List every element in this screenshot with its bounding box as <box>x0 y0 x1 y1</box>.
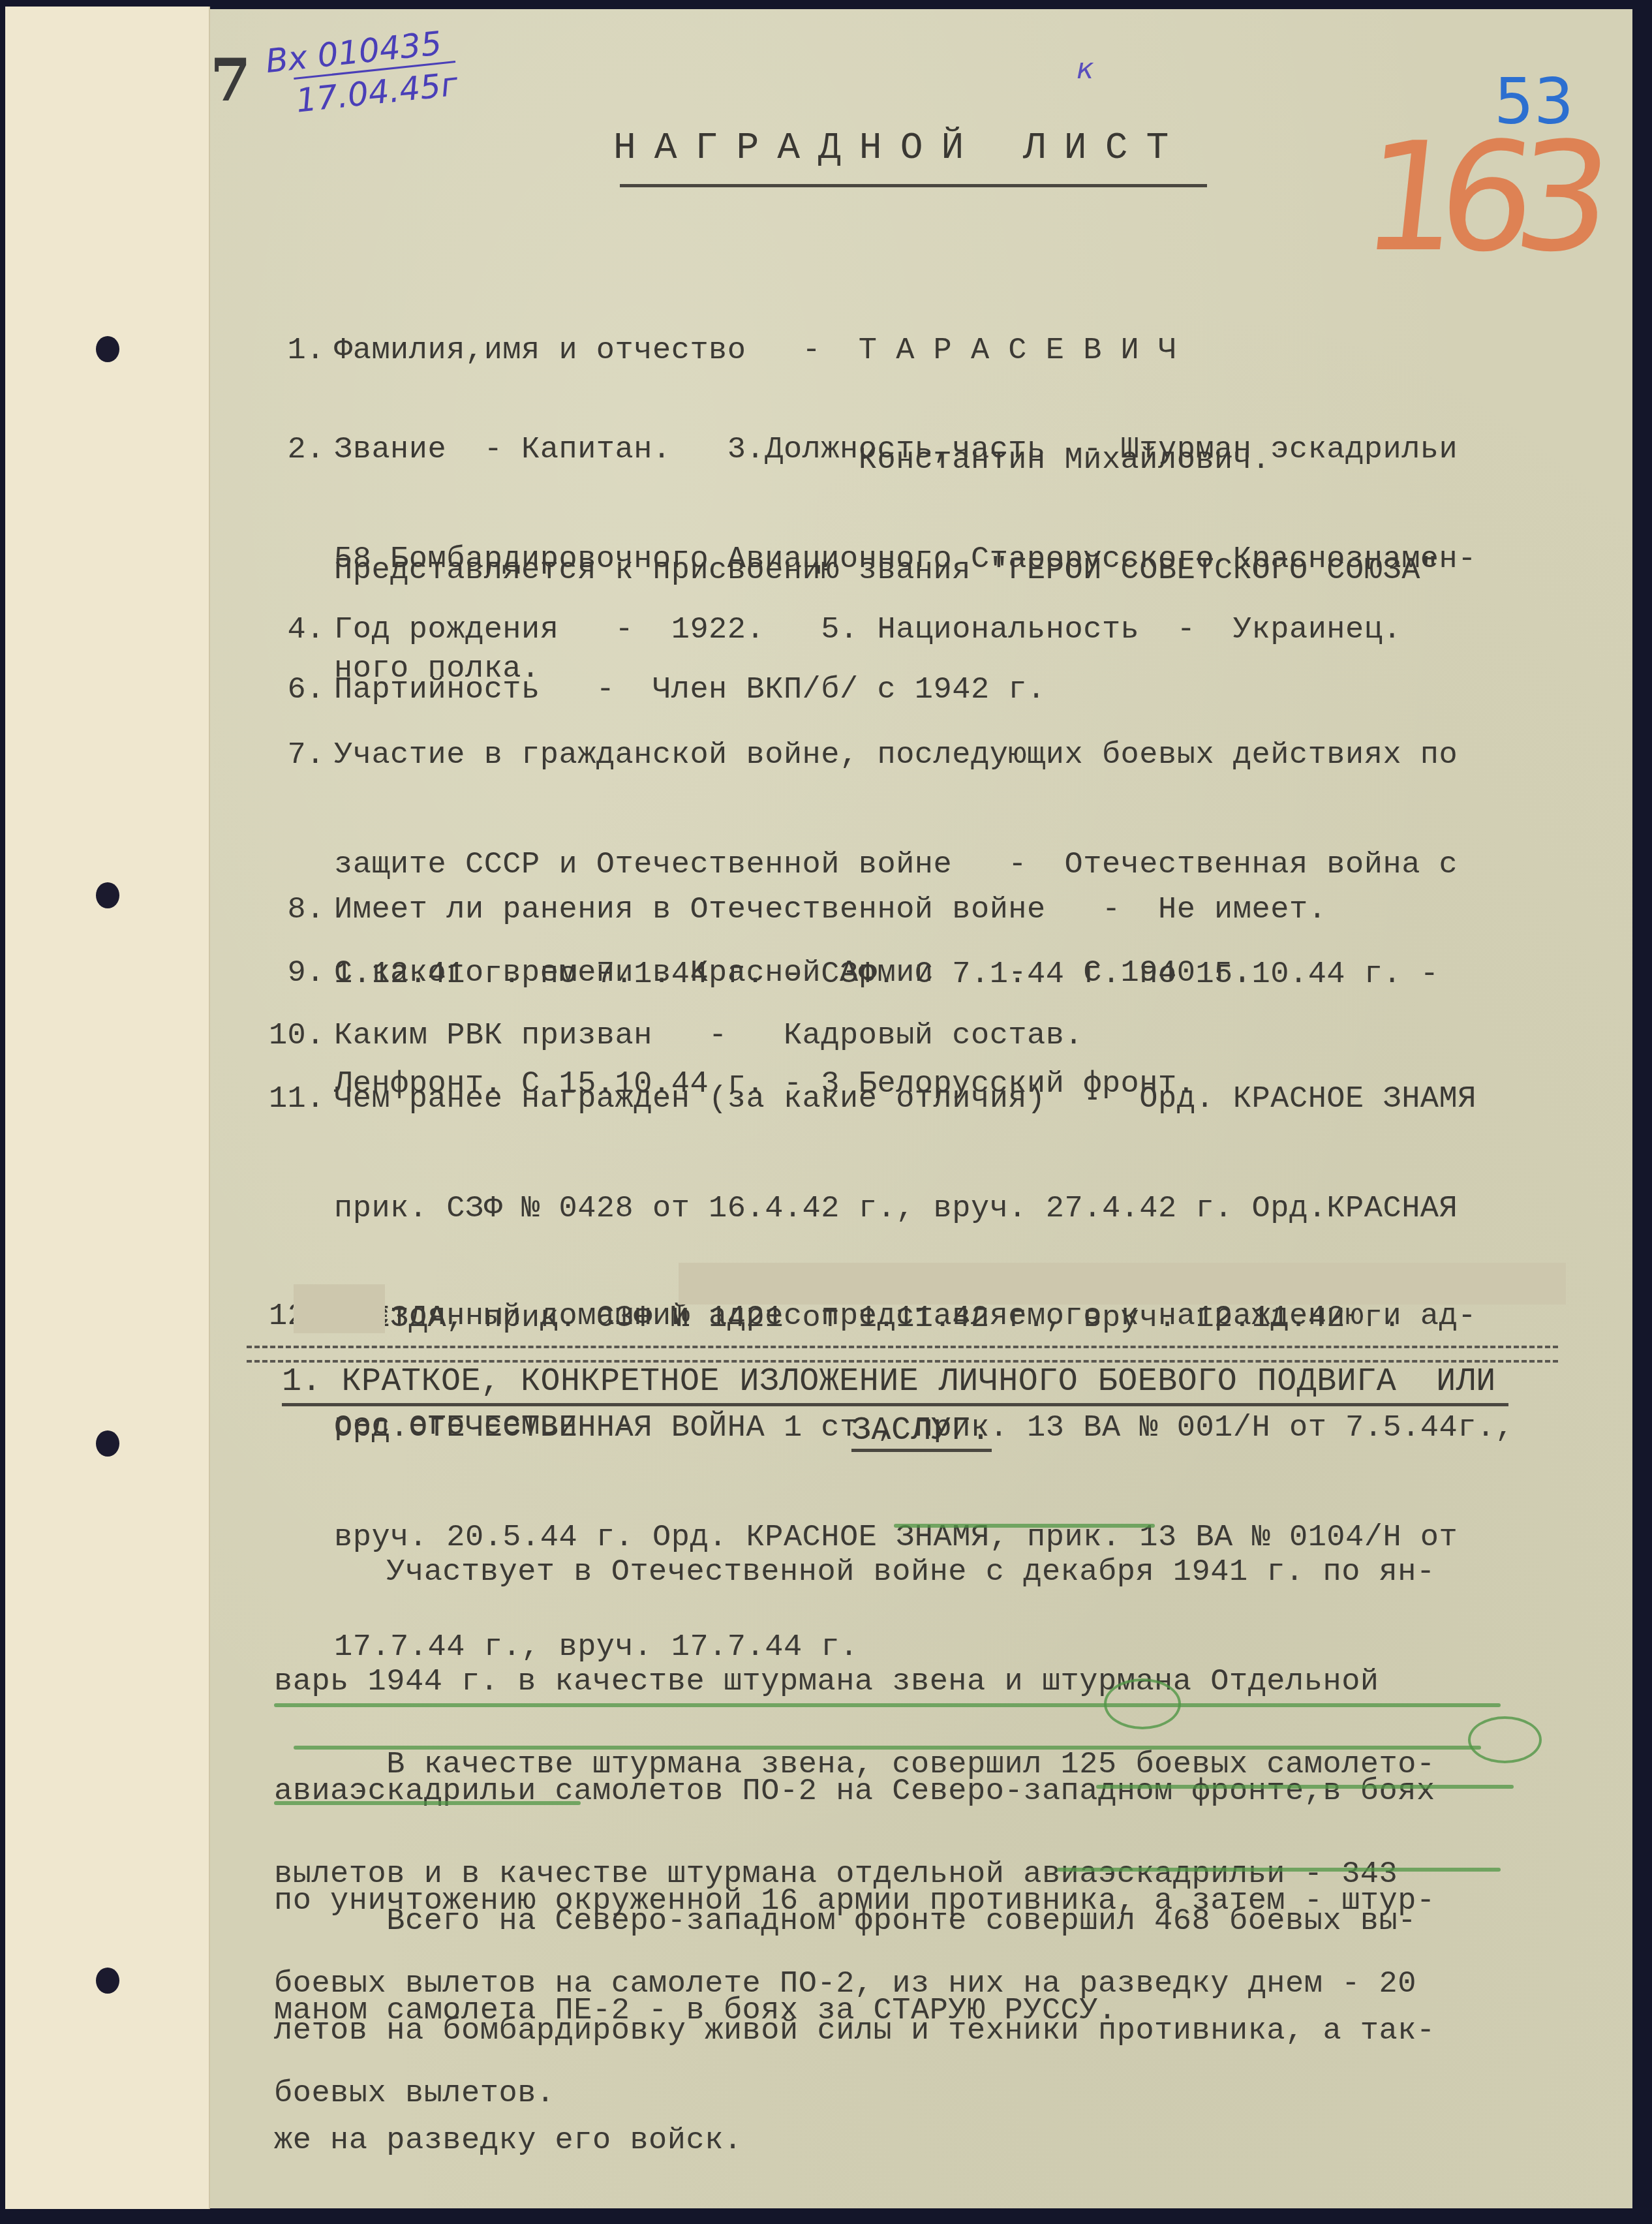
title-underline <box>620 184 1207 187</box>
green-underline <box>1057 1868 1501 1872</box>
punch-hole <box>96 882 119 908</box>
section-heading: 1. КРАТКОЕ, КОНКРЕТНОЕ ИЗЛОЖЕНИЕ ЛИЧНОГО… <box>282 1364 1496 1400</box>
green-underline <box>1096 1785 1514 1789</box>
green-underline <box>274 1703 1501 1707</box>
section-divider <box>247 1346 1558 1363</box>
section-heading-underline <box>282 1403 1508 1406</box>
redacted-address <box>679 1263 1566 1305</box>
handwritten-mark: к <box>1077 52 1094 85</box>
section-heading-underline-2 <box>851 1449 992 1452</box>
redacted-block <box>294 1284 385 1333</box>
red-pencil-number: 163 <box>1354 111 1600 285</box>
narrative-paragraph-3: Всего на Северо-западном фронте совершил… <box>274 1830 1435 2196</box>
green-underline <box>894 1524 1155 1528</box>
punch-hole <box>96 1430 119 1457</box>
green-underline <box>274 1801 581 1805</box>
green-circle-343 <box>1468 1716 1542 1763</box>
green-underline <box>294 1746 1481 1750</box>
punch-hole <box>96 1968 119 1994</box>
margin-number: 7 <box>210 46 251 115</box>
punch-hole <box>96 336 119 362</box>
document-title: НАГРАДНОЙ ЛИСТ <box>613 131 1187 167</box>
section-heading-cont: ЗАСЛУГ. <box>851 1413 991 1449</box>
